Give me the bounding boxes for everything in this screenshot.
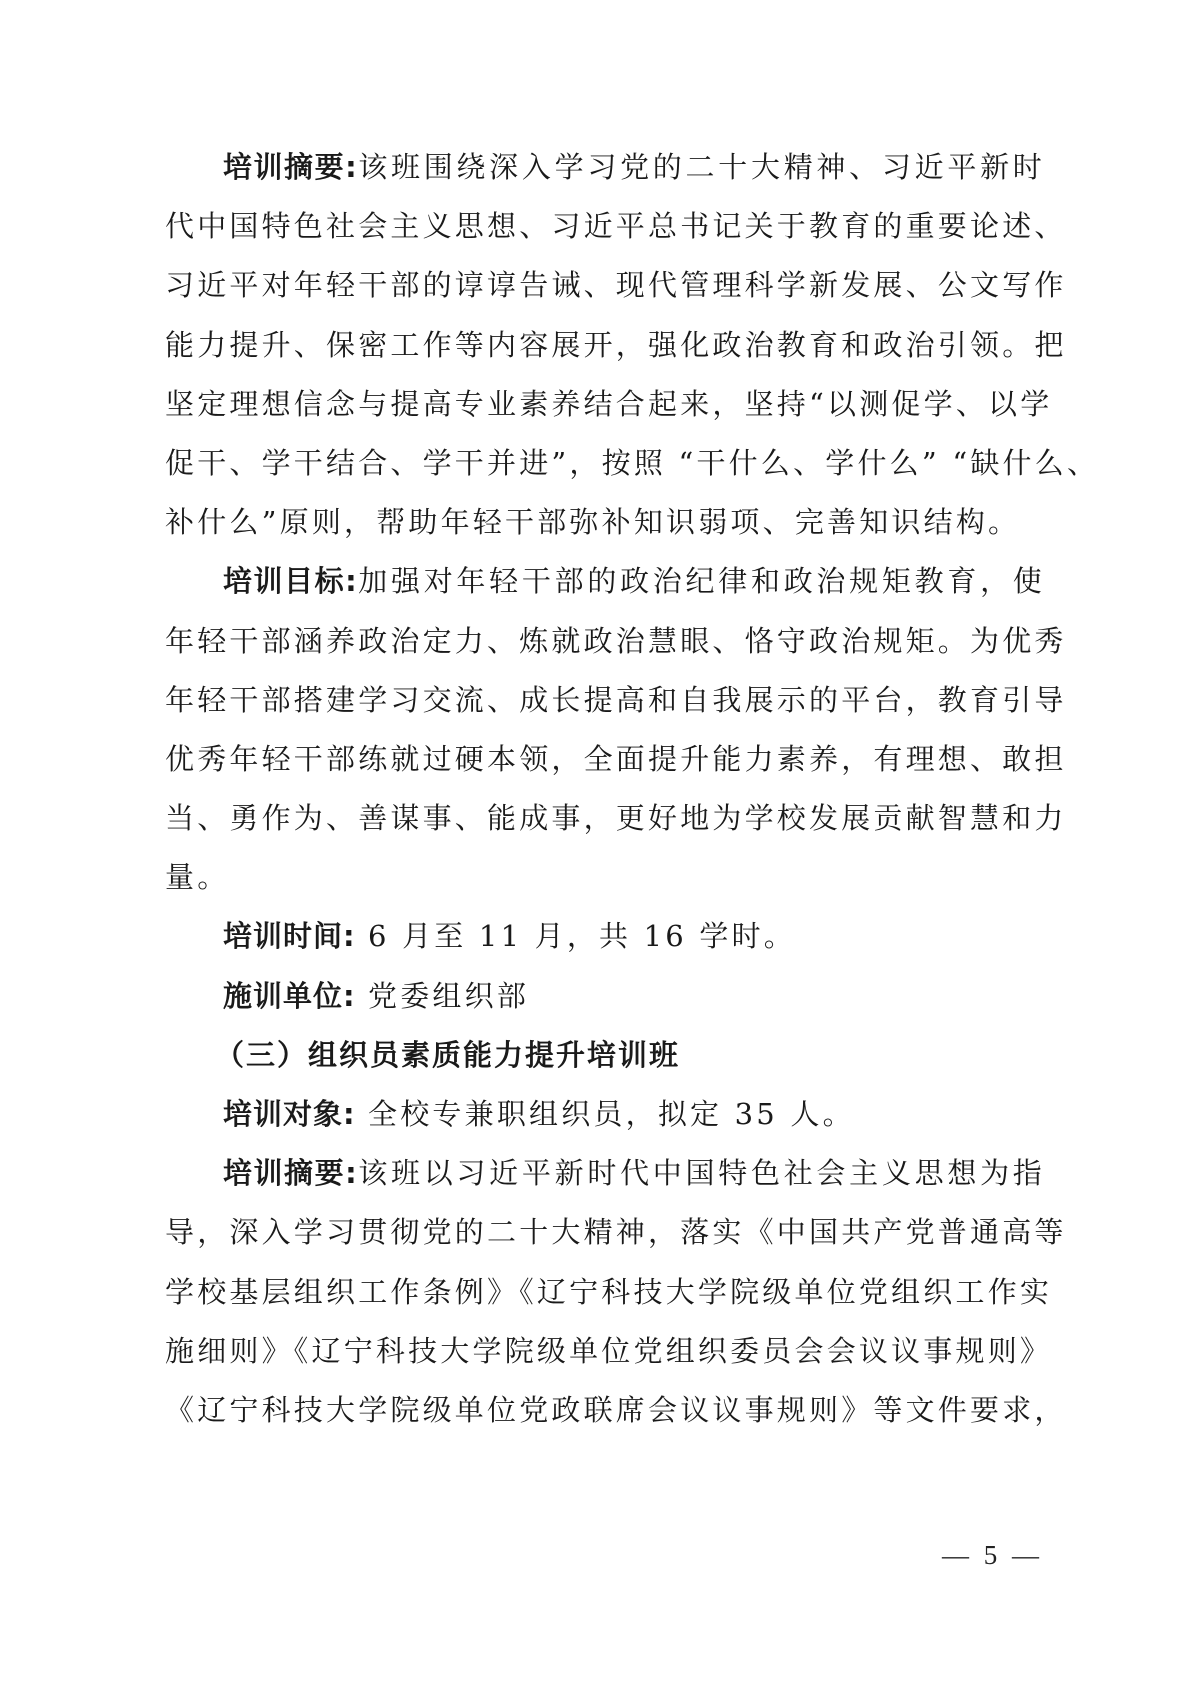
field-value-training-unit: 党委组织部: [368, 979, 529, 1013]
field-training-time: 培训时间: 6 月至 11 月，共 16 学时。: [165, 907, 1045, 966]
field-label-training-time: 培训时间:: [223, 919, 356, 953]
paragraph-line: 促干、学干结合、学干并进”，按照 “干什么、学什么” “缺什么、: [165, 434, 1045, 493]
paragraph-line: 习近平对年轻干部的谆谆告诫、现代管理科学新发展、公文写作: [165, 256, 1045, 315]
paragraph-line: 培训摘要:该班以习近平新时代中国特色社会主义思想为指: [165, 1144, 1045, 1203]
paragraph-line: 当、勇作为、善谋事、能成事，更好地为学校发展贡献智慧和力: [165, 789, 1045, 848]
paragraph-line: 代中国特色社会主义思想、习近平总书记关于教育的重要论述、: [165, 197, 1045, 256]
field-label-training-summary: 培训摘要:: [223, 1156, 358, 1190]
paragraph-line: 量。: [165, 848, 1045, 907]
paragraph-line: 导，深入学习贯彻党的二十大精神，落实《中国共产党普通高等: [165, 1203, 1045, 1262]
field-label-training-goal: 培训目标:: [223, 564, 358, 598]
field-label-training-summary: 培训摘要:: [223, 150, 358, 184]
paragraph-text: 加强对年轻干部的政治纪律和政治规矩教育，使: [358, 564, 1045, 598]
paragraph-line: 培训摘要:该班围绕深入学习党的二十大精神、习近平新时: [165, 138, 1045, 197]
paragraph-text: 该班以习近平新时代中国特色社会主义思想为指: [358, 1156, 1045, 1190]
field-training-unit: 施训单位: 党委组织部: [165, 967, 1045, 1026]
paragraph-line: 补什么”原则，帮助年轻干部弥补知识弱项、完善知识结构。: [165, 493, 1045, 552]
paragraph-line: 培训目标:加强对年轻干部的政治纪律和政治规矩教育，使: [165, 552, 1045, 611]
field-value-training-target: 全校专兼职组织员，拟定 35 人。: [368, 1097, 855, 1131]
field-value-training-time: 6 月至 11 月，共 16 学时。: [368, 919, 796, 953]
paragraph-text: 该班围绕深入学习党的二十大精神、习近平新时: [358, 150, 1045, 184]
paragraph-line: 学校基层组织工作条例》《辽宁科技大学院级单位党组织工作实: [165, 1263, 1045, 1322]
paragraph-line: 年轻干部搭建学习交流、成长提高和自我展示的平台，教育引导: [165, 671, 1045, 730]
paragraph-line: 年轻干部涵养政治定力、炼就政治慧眼、恪守政治规矩。为优秀: [165, 612, 1045, 671]
document-page: 培训摘要:该班围绕深入学习党的二十大精神、习近平新时 代中国特色社会主义思想、习…: [0, 0, 1190, 1683]
paragraph-line: 坚定理想信念与提高专业素养结合起来，坚持“以测促学、以学: [165, 375, 1045, 434]
paragraph-line: 优秀年轻干部练就过硬本领，全面提升能力素养，有理想、敢担: [165, 730, 1045, 789]
document-body: 培训摘要:该班围绕深入学习党的二十大精神、习近平新时 代中国特色社会主义思想、习…: [165, 138, 1045, 1440]
paragraph-line: 施细则》《辽宁科技大学院级单位党组织委员会会议议事规则》: [165, 1322, 1045, 1381]
section-heading: （三）组织员素质能力提升培训班: [165, 1026, 1045, 1085]
field-label-training-unit: 施训单位:: [223, 979, 356, 1013]
page-number: — 5 —: [942, 1540, 1043, 1571]
field-training-target: 培训对象: 全校专兼职组织员，拟定 35 人。: [165, 1085, 1045, 1144]
paragraph-line: 能力提升、保密工作等内容展开，强化政治教育和政治引领。把: [165, 316, 1045, 375]
field-label-training-target: 培训对象:: [223, 1097, 356, 1131]
paragraph-line: 《辽宁科技大学院级单位党政联席会议议事规则》等文件要求，: [165, 1381, 1045, 1440]
